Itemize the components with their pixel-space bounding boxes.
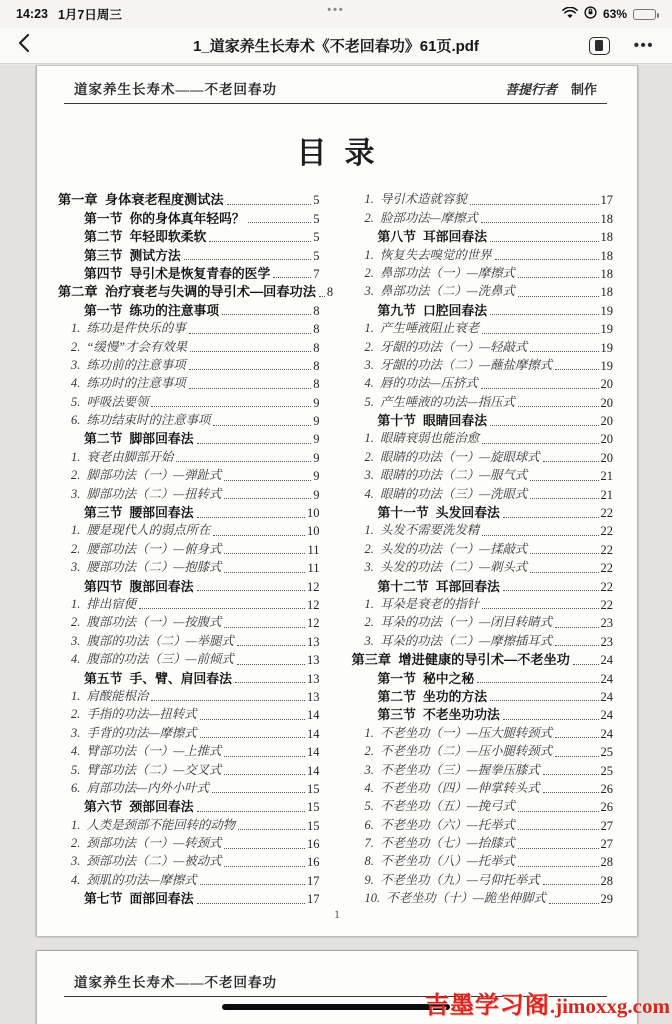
- dot-leader: [197, 517, 306, 518]
- toc-entry: 第二节 脚部回春法9: [58, 429, 320, 447]
- toc-entry: 第十二节 耳部回春法22: [352, 576, 614, 594]
- dot-leader: [549, 903, 599, 904]
- dot-leader: [482, 443, 598, 444]
- dot-leader: [482, 333, 598, 334]
- dot-leader: [543, 884, 599, 885]
- toc-entry-label: 1. 头发不需要洗发精: [352, 522, 480, 539]
- toc-entry: 第三节 腰部回春法10: [58, 503, 320, 521]
- toc-entry: 1. 头发不需要洗发精22: [352, 521, 614, 539]
- wifi-icon: [562, 7, 578, 22]
- toc-entry: 4. 颈肌的功法—摩擦式17: [58, 870, 320, 888]
- toc-entry: 第十节 眼睛回春法20: [352, 411, 614, 429]
- toc-entry-label: 3. 腹部的功法（二）—举腿式: [58, 633, 234, 650]
- toc-entry: 第三节 不老坐功功法24: [352, 705, 614, 723]
- document-title: 1_道家养生长寿术《不老回春功》61页.pdf: [193, 35, 479, 56]
- toc-entry-label: 2. 头发的功法（一）—揉敲式: [352, 541, 528, 558]
- toc-entry-label: 1. 腰是现代人的弱点所在: [58, 522, 210, 539]
- toc-entry-page: 5: [313, 248, 319, 264]
- toc-entry-label: 1. 导引术造就容貌: [352, 191, 467, 208]
- toc-entry-label: 1. 眼睛衰弱也能治愈: [352, 430, 480, 447]
- toc-entry: 5. 不老坐功（五）—挽弓式26: [352, 797, 614, 815]
- toc-entry-label: 3. 练功前的注意事项: [58, 357, 186, 374]
- toc-entry-label: 第十一节 头发回春法: [352, 504, 500, 521]
- toc-entry-label: 1. 产生唾液阻止衰老: [352, 320, 480, 337]
- toc-entry-page: 23: [601, 615, 614, 631]
- toc-entry-label: 3. 鼻部功法（二）—洗鼻式: [352, 283, 515, 300]
- toc-entry-label: 2. 耳朵的功法（一）—闭目转睛式: [352, 614, 553, 631]
- toc-entry: 1. 肩酸能根治13: [58, 687, 320, 705]
- toc-entry-label: 6. 不老坐功（六）—托举式: [352, 817, 515, 834]
- toc-title: 目录: [56, 128, 615, 172]
- toc-entry-page: 16: [307, 854, 320, 870]
- toc-entry-label: 5. 产生唾液的功法—指压式: [352, 394, 515, 411]
- toc-entry-label: 1. 不老坐功（一）—压大腿转颈式: [352, 725, 553, 742]
- toc-entry: 第四节 导引术是恢复青春的医学7: [58, 264, 320, 282]
- toc-entry-page: 19: [601, 303, 614, 319]
- toc-entry: 第二节 坐功的方法24: [352, 687, 614, 705]
- toc-entry-page: 8: [313, 358, 319, 374]
- dot-leader: [518, 829, 599, 830]
- toc-entry-label: 第二章 治疗衰老与失调的导引术—回春功法: [58, 283, 316, 300]
- dot-leader: [184, 259, 312, 260]
- dot-leader: [530, 572, 598, 573]
- dot-leader: [189, 369, 312, 370]
- dot-leader: [237, 645, 305, 646]
- dot-leader: [490, 425, 599, 426]
- toc-entry-page: 13: [307, 634, 320, 650]
- toc-entry-page: 28: [601, 854, 614, 870]
- dot-leader: [490, 314, 599, 315]
- toc-entry: 1. 练功是件快乐的事8: [58, 319, 320, 337]
- dot-leader: [224, 553, 305, 554]
- clock: 14:23: [16, 7, 48, 21]
- toc-entry: 3. 颈部功法（二）—被动式16: [58, 852, 320, 870]
- pdf-page-1: 道家养生长寿术——不老回春功 菩提行者制作 目录 第一章 身体衰老程度测试法5第…: [36, 65, 638, 936]
- page-gap: [0, 936, 672, 950]
- toc-entry-page: 17: [601, 192, 614, 208]
- dot-leader: [224, 498, 311, 499]
- watermark-domain: .jimoxxg.com: [550, 994, 670, 1019]
- toc-entry-page: 10: [307, 505, 320, 521]
- toc-entry-page: 22: [601, 505, 614, 521]
- toc-entry-label: 3. 手背的功法—摩擦式: [58, 725, 197, 742]
- toc-entry: 第四节 腹部回春法12: [58, 576, 320, 594]
- toc-entry: 2. 眼睛的功法（一）—旋眼球式20: [352, 447, 614, 465]
- toc-columns: 第一章 身体衰老程度测试法5第一节 你的身体真年轻吗？5第二节 年轻即软柔软5第…: [56, 190, 615, 907]
- rotation-lock-icon: [584, 6, 597, 22]
- toc-entry-page: 22: [601, 597, 614, 613]
- dot-leader: [495, 259, 599, 260]
- toc-entry-label: 1. 人类是颈部不能回转的动物: [58, 817, 235, 834]
- toc-entry: 第八节 耳部回春法18: [352, 227, 614, 245]
- toc-entry-label: 2. 脸部功法—摩擦式: [352, 210, 478, 227]
- dot-leader: [197, 903, 306, 904]
- toc-entry-page: 14: [307, 763, 320, 779]
- toc-entry-page: 13: [307, 671, 320, 687]
- toc-entry-label: 4. 唇的功法—压挤式: [352, 375, 478, 392]
- toc-entry: 3. 耳朵的功法（二）—摩擦插耳式23: [352, 631, 614, 649]
- dot-leader: [555, 645, 598, 646]
- toc-entry: 第七节 面部回春法17: [58, 889, 320, 907]
- toc-entry-label: 2. 腹部功法（一）—按腹式: [58, 614, 221, 631]
- toc-entry-page: 11: [307, 542, 319, 558]
- toc-entry-label: 第十二节 耳部回春法: [352, 578, 500, 595]
- multitask-handle-icon[interactable]: •••: [327, 4, 345, 16]
- dot-leader: [190, 351, 311, 352]
- dot-leader: [555, 627, 598, 628]
- toc-column-left: 第一章 身体衰老程度测试法5第一节 你的身体真年轻吗？5第二节 年轻即软柔软5第…: [58, 190, 320, 907]
- toc-entry-label: 9. 不老坐功（九）—弓仰托举式: [352, 872, 540, 889]
- toc-entry-label: 4. 臂部功法（一）—上推式: [58, 743, 221, 760]
- toc-entry: 第一节 练功的注意事项8: [58, 300, 320, 318]
- dot-leader: [237, 664, 305, 665]
- toc-entry: 3. 牙龈的功法（二）—蘸盐摩擦式19: [352, 356, 614, 374]
- toc-entry: 2. 鼻部功法（一）—摩擦式18: [352, 264, 614, 282]
- toc-entry: 第一节 秘中之秘24: [352, 668, 614, 686]
- dot-leader: [197, 590, 306, 591]
- toc-entry: 3. 练功前的注意事项8: [58, 356, 320, 374]
- toc-entry-label: 7. 不老坐功（七）—抬膝式: [352, 835, 515, 852]
- toc-entry-page: 20: [601, 376, 614, 392]
- dot-leader: [530, 480, 598, 481]
- toc-entry-label: 4. 不老坐功（四）—伸掌转头式: [352, 780, 540, 797]
- dot-leader: [477, 682, 598, 683]
- toc-entry-page: 22: [601, 579, 614, 595]
- dot-leader: [224, 756, 305, 757]
- toc-entry-label: 2. 手指的功法—扭转式: [58, 706, 197, 723]
- toc-entry-page: 11: [307, 560, 319, 576]
- toc-entry-page: 12: [307, 615, 320, 631]
- toc-entry-page: 29: [601, 891, 614, 907]
- toc-entry-page: 14: [307, 707, 320, 723]
- running-title: 道家养生长寿术——不老回春功: [74, 971, 277, 991]
- toc-entry-page: 27: [601, 818, 614, 834]
- toc-entry-label: 1. 衰老由脚部开始: [58, 449, 173, 466]
- toc-entry-page: 8: [327, 284, 333, 300]
- dot-leader: [518, 277, 599, 278]
- toc-entry-page: 9: [313, 450, 319, 466]
- watermark: 吉墨学习阁.jimoxxg.com: [425, 985, 670, 1020]
- dot-leader: [490, 700, 599, 701]
- dot-leader: [319, 296, 325, 297]
- dot-leader: [139, 608, 305, 609]
- nav-bar: 1_道家养生长寿术《不老回春功》61页.pdf •••: [0, 28, 672, 64]
- toc-entry-page: 20: [601, 395, 614, 411]
- dot-leader: [176, 461, 311, 462]
- toc-entry-label: 第三节 腰部回春法: [58, 504, 194, 521]
- toc-column-right: 1. 导引术造就容貌172. 脸部功法—摩擦式18第八节 耳部回春法181. 恢…: [352, 190, 614, 907]
- battery-percent: 63%: [603, 7, 627, 21]
- toc-entry-label: 2. 不老坐功（二）—压小腿转颈式: [352, 743, 553, 760]
- toc-entry-label: 第九节 口腔回春法: [352, 302, 488, 319]
- toc-entry-label: 10. 不老坐功（十）—跪坐伸脚式: [352, 890, 546, 907]
- toc-entry-label: 4. 腹部的功法（三）—前倾式: [58, 651, 234, 668]
- toc-entry: 10. 不老坐功（十）—跪坐伸脚式29: [352, 889, 614, 907]
- toc-entry-page: 26: [601, 781, 614, 797]
- toc-entry-page: 15: [307, 799, 320, 815]
- dot-leader: [481, 388, 599, 389]
- toc-entry-label: 4. 练功时的注意事项: [58, 375, 186, 392]
- dot-leader: [224, 848, 305, 849]
- toc-entry: 2. “缓慢”才会有效果8: [58, 337, 320, 355]
- toc-entry-page: 7: [313, 266, 319, 282]
- toc-entry-page: 26: [601, 799, 614, 815]
- toc-entry-label: 1. 排出宿便: [58, 596, 136, 613]
- toc-entry: 1. 腰是现代人的弱点所在10: [58, 521, 320, 539]
- dot-leader: [151, 700, 305, 701]
- toc-entry-label: 第二节 年轻即软柔软: [58, 228, 206, 245]
- toc-entry-page: 8: [313, 303, 319, 319]
- toc-entry: 3. 眼睛的功法（二）—服气式21: [352, 466, 614, 484]
- dot-leader: [470, 204, 599, 205]
- more-menu-button[interactable]: •••: [634, 41, 654, 51]
- toc-entry-page: 5: [313, 192, 319, 208]
- toc-entry-page: 16: [307, 836, 320, 852]
- date-label: 1月7日周三: [58, 5, 122, 23]
- back-button[interactable]: [18, 33, 44, 59]
- dot-leader: [518, 811, 599, 812]
- toc-entry-page: 9: [313, 431, 319, 447]
- toc-entry-label: 3. 不老坐功（三）—握拳压膝式: [352, 762, 540, 779]
- toc-entry: 5. 产生唾液的功法—指压式20: [352, 392, 614, 410]
- toc-entry-page: 9: [313, 468, 319, 484]
- toc-entry-page: 13: [307, 689, 320, 705]
- page-header: 道家养生长寿术——不老回春功 菩提行者制作: [56, 78, 615, 98]
- toc-entry-page: 18: [601, 211, 614, 227]
- toc-entry: 第五节 手、臂、肩回春法13: [58, 668, 320, 686]
- toc-entry: 第一章 身体衰老程度测试法5: [58, 190, 320, 208]
- toc-entry: 2. 腹部功法（一）—按腹式12: [58, 613, 320, 631]
- toc-entry-page: 8: [313, 376, 319, 392]
- dot-leader: [235, 682, 305, 683]
- dot-leader: [490, 241, 599, 242]
- toc-entry-page: 17: [307, 891, 320, 907]
- dot-leader: [518, 296, 599, 297]
- toc-entry: 第二章 治疗衰老与失调的导引术—回春功法8: [58, 282, 320, 300]
- dot-leader: [530, 553, 598, 554]
- author-suffix: 制作: [571, 82, 597, 97]
- toc-entry-label: 第三章 增进健康的导引术—不老坐功: [352, 651, 570, 668]
- toc-entry-label: 第二节 脚部回春法: [58, 430, 194, 447]
- toc-entry: 2. 腰部功法（一）—俯身式11: [58, 539, 320, 557]
- toc-entry-page: 25: [601, 744, 614, 760]
- dot-leader: [200, 719, 305, 720]
- toc-entry: 3. 鼻部功法（二）—洗鼻式18: [352, 282, 614, 300]
- dot-leader: [200, 737, 305, 738]
- toc-entry-page: 8: [313, 340, 319, 356]
- dot-leader: [530, 351, 598, 352]
- toc-entry-label: 8. 不老坐功（八）—托举式: [352, 853, 515, 870]
- toc-entry-page: 10: [307, 523, 320, 539]
- toc-entry-page: 24: [601, 726, 614, 742]
- toc-entry-page: 14: [307, 744, 320, 760]
- toc-entry: 4. 练功时的注意事项8: [58, 374, 320, 392]
- toc-entry-page: 5: [313, 211, 319, 227]
- dot-leader: [222, 314, 311, 315]
- dot-leader: [543, 792, 599, 793]
- dot-leader: [224, 774, 305, 775]
- dot-leader: [518, 866, 599, 867]
- toc-entry-page: 18: [601, 248, 614, 264]
- dot-leader: [224, 572, 305, 573]
- home-indicator[interactable]: [222, 1004, 450, 1010]
- battery-icon: [633, 9, 656, 20]
- dot-leader: [227, 204, 312, 205]
- toc-entry-label: 第四节 腹部回春法: [58, 578, 194, 595]
- header-rule: [64, 103, 607, 104]
- dot-leader: [481, 222, 599, 223]
- toc-entry-page: 15: [307, 781, 320, 797]
- toc-entry-label: 第一节 秘中之秘: [352, 670, 475, 687]
- toc-entry-label: 6. 肩部功法—内外小叶式: [58, 780, 209, 797]
- toc-entry: 2. 脚部功法（一）—弹趾式9: [58, 466, 320, 484]
- toc-entry-label: 6. 练功结束时的注意事项: [58, 412, 210, 429]
- toc-entry-page: 21: [601, 487, 614, 503]
- toc-entry-page: 9: [313, 395, 319, 411]
- toc-entry-label: 3. 耳朵的功法（二）—摩擦插耳式: [352, 633, 553, 650]
- toc-entry-page: 15: [307, 818, 320, 834]
- toc-entry-page: 9: [313, 487, 319, 503]
- dot-leader: [555, 369, 598, 370]
- pdf-viewport[interactable]: 道家养生长寿术——不老回春功 菩提行者制作 目录 第一章 身体衰老程度测试法5第…: [0, 65, 672, 1024]
- toc-entry: 4. 腹部的功法（三）—前倾式13: [58, 650, 320, 668]
- toc-entry-label: 第五节 手、臂、肩回春法: [58, 670, 232, 687]
- toc-entry: 第六节 颈部回春法15: [58, 797, 320, 815]
- toc-entry-label: 4. 颈肌的功法—摩擦式: [58, 872, 197, 889]
- toc-entry-page: 12: [307, 579, 320, 595]
- toc-entry-page: 22: [601, 542, 614, 558]
- toc-entry-label: 3. 眼睛的功法（二）—服气式: [352, 467, 528, 484]
- dot-leader: [213, 535, 305, 536]
- dot-leader: [573, 664, 599, 665]
- toc-entry: 1. 衰老由脚部开始9: [58, 447, 320, 465]
- toc-entry: 1. 导引术造就容貌17: [352, 190, 614, 208]
- page-thumbnail-button[interactable]: [589, 37, 610, 55]
- toc-entry-page: 21: [601, 468, 614, 484]
- toc-entry-label: 第三节 不老坐功功法: [352, 706, 500, 723]
- toc-entry-page: 9: [313, 413, 319, 429]
- toc-entry: 2. 颈部功法（一）—转颈式16: [58, 834, 320, 852]
- toc-entry-label: 3. 牙龈的功法（二）—蘸盐摩擦式: [352, 357, 553, 374]
- toc-entry: 2. 牙龈的功法（一）—轻敲式19: [352, 337, 614, 355]
- toc-entry-label: 第一章 身体衰老程度测试法: [58, 191, 224, 208]
- toc-entry: 6. 练功结束时的注意事项9: [58, 411, 320, 429]
- toc-entry: 2. 脸部功法—摩擦式18: [352, 208, 614, 226]
- toc-entry-label: 2. 鼻部功法（一）—摩擦式: [352, 265, 515, 282]
- toc-entry: 2. 手指的功法—扭转式14: [58, 705, 320, 723]
- toc-entry-label: 2. “缓慢”才会有效果: [58, 339, 187, 356]
- dot-leader: [224, 866, 305, 867]
- toc-entry-label: 1. 恢复失去嗅觉的世界: [352, 247, 492, 264]
- dot-leader: [224, 480, 311, 481]
- toc-entry: 第三节 测试方法5: [58, 245, 320, 263]
- dot-leader: [200, 884, 305, 885]
- toc-entry-label: 5. 呼吸法要领: [58, 394, 148, 411]
- dot-leader: [518, 406, 599, 407]
- toc-entry-page: 25: [601, 763, 614, 779]
- toc-entry: 3. 手背的功法—摩擦式14: [58, 723, 320, 741]
- toc-entry: 3. 脚部功法（二）—扭转式9: [58, 484, 320, 502]
- dot-leader: [248, 222, 312, 223]
- toc-entry-page: 18: [601, 229, 614, 245]
- page-number: 1: [37, 907, 637, 922]
- toc-entry: 1. 眼睛衰弱也能治愈20: [352, 429, 614, 447]
- toc-entry-page: 22: [601, 560, 614, 576]
- toc-entry: 2. 头发的功法（一）—揉敲式22: [352, 539, 614, 557]
- toc-entry: 3. 不老坐功（三）—握拳压膝式25: [352, 760, 614, 778]
- dot-leader: [213, 425, 311, 426]
- toc-entry-page: 23: [601, 634, 614, 650]
- toc-entry: 第十一节 头发回春法22: [352, 503, 614, 521]
- toc-entry-label: 第十节 眼睛回春法: [352, 412, 488, 429]
- toc-entry-label: 第七节 面部回春法: [58, 890, 194, 907]
- toc-entry-label: 3. 脚部功法（二）—扭转式: [58, 486, 221, 503]
- dot-leader: [555, 756, 598, 757]
- toc-entry-label: 2. 脚部功法（一）—弹趾式: [58, 467, 221, 484]
- toc-entry-label: 1. 练功是件快乐的事: [58, 320, 186, 337]
- dot-leader: [503, 590, 599, 591]
- toc-entry-label: 第三节 测试方法: [58, 247, 181, 264]
- toc-entry-label: 2. 牙龈的功法（一）—轻敲式: [352, 339, 528, 356]
- toc-entry-label: 1. 耳朵是衰老的指针: [352, 596, 480, 613]
- chevron-left-icon: [18, 33, 30, 58]
- toc-entry-label: 第四节 导引术是恢复青春的医学: [58, 265, 270, 282]
- toc-entry-label: 第二节 坐功的方法: [352, 688, 488, 705]
- dot-leader: [518, 848, 599, 849]
- toc-entry-label: 2. 眼睛的功法（一）—旋眼球式: [352, 449, 540, 466]
- toc-entry-label: 4. 眼睛的功法（三）—洗眼式: [352, 486, 528, 503]
- toc-entry: 1. 产生唾液阻止衰老19: [352, 319, 614, 337]
- toc-entry-page: 19: [601, 358, 614, 374]
- toc-entry-page: 24: [601, 671, 614, 687]
- toc-entry-page: 20: [601, 431, 614, 447]
- toc-entry-page: 17: [307, 873, 320, 889]
- dot-leader: [151, 406, 311, 407]
- toc-entry: 1. 排出宿便12: [58, 595, 320, 613]
- toc-entry-label: 1. 肩酸能根治: [58, 688, 148, 705]
- toc-entry: 5. 呼吸法要领9: [58, 392, 320, 410]
- toc-entry: 1. 不老坐功（一）—压大腿转颈式24: [352, 723, 614, 741]
- toc-entry-page: 13: [307, 652, 320, 668]
- toc-entry-label: 3. 头发的功法（二）—剃头式: [352, 559, 528, 576]
- dot-leader: [555, 737, 598, 738]
- toc-entry-page: 19: [601, 340, 614, 356]
- toc-entry-page: 24: [601, 652, 614, 668]
- dot-leader: [189, 333, 312, 334]
- toc-entry-label: 3. 腰部功法（二）—抱膝式: [58, 559, 221, 576]
- status-bar: 14:23 1月7日周三 ••• 63%: [0, 0, 672, 28]
- dot-leader: [197, 811, 306, 812]
- dot-leader: [197, 443, 312, 444]
- dot-leader: [209, 241, 311, 242]
- toc-entry-page: 14: [307, 726, 320, 742]
- toc-entry: 3. 头发的功法（二）—剃头式22: [352, 558, 614, 576]
- toc-entry: 1. 耳朵是衰老的指针22: [352, 595, 614, 613]
- toc-entry: 4. 臂部功法（一）—上推式14: [58, 742, 320, 760]
- toc-entry-page: 27: [601, 836, 614, 852]
- running-title: 道家养生长寿术——不老回春功: [74, 78, 277, 98]
- toc-entry: 1. 恢复失去嗅觉的世界18: [352, 245, 614, 263]
- toc-entry: 6. 不老坐功（六）—托举式27: [352, 815, 614, 833]
- toc-entry-page: 20: [601, 450, 614, 466]
- toc-entry: 1. 人类是颈部不能回转的动物15: [58, 815, 320, 833]
- dot-leader: [503, 517, 599, 518]
- toc-entry: 4. 唇的功法—压挤式20: [352, 374, 614, 392]
- toc-entry: 第三章 增进健康的导引术—不老坐功24: [352, 650, 614, 668]
- toc-entry: 4. 眼睛的功法（三）—洗眼式21: [352, 484, 614, 502]
- dot-leader: [530, 498, 598, 499]
- dot-leader: [543, 774, 599, 775]
